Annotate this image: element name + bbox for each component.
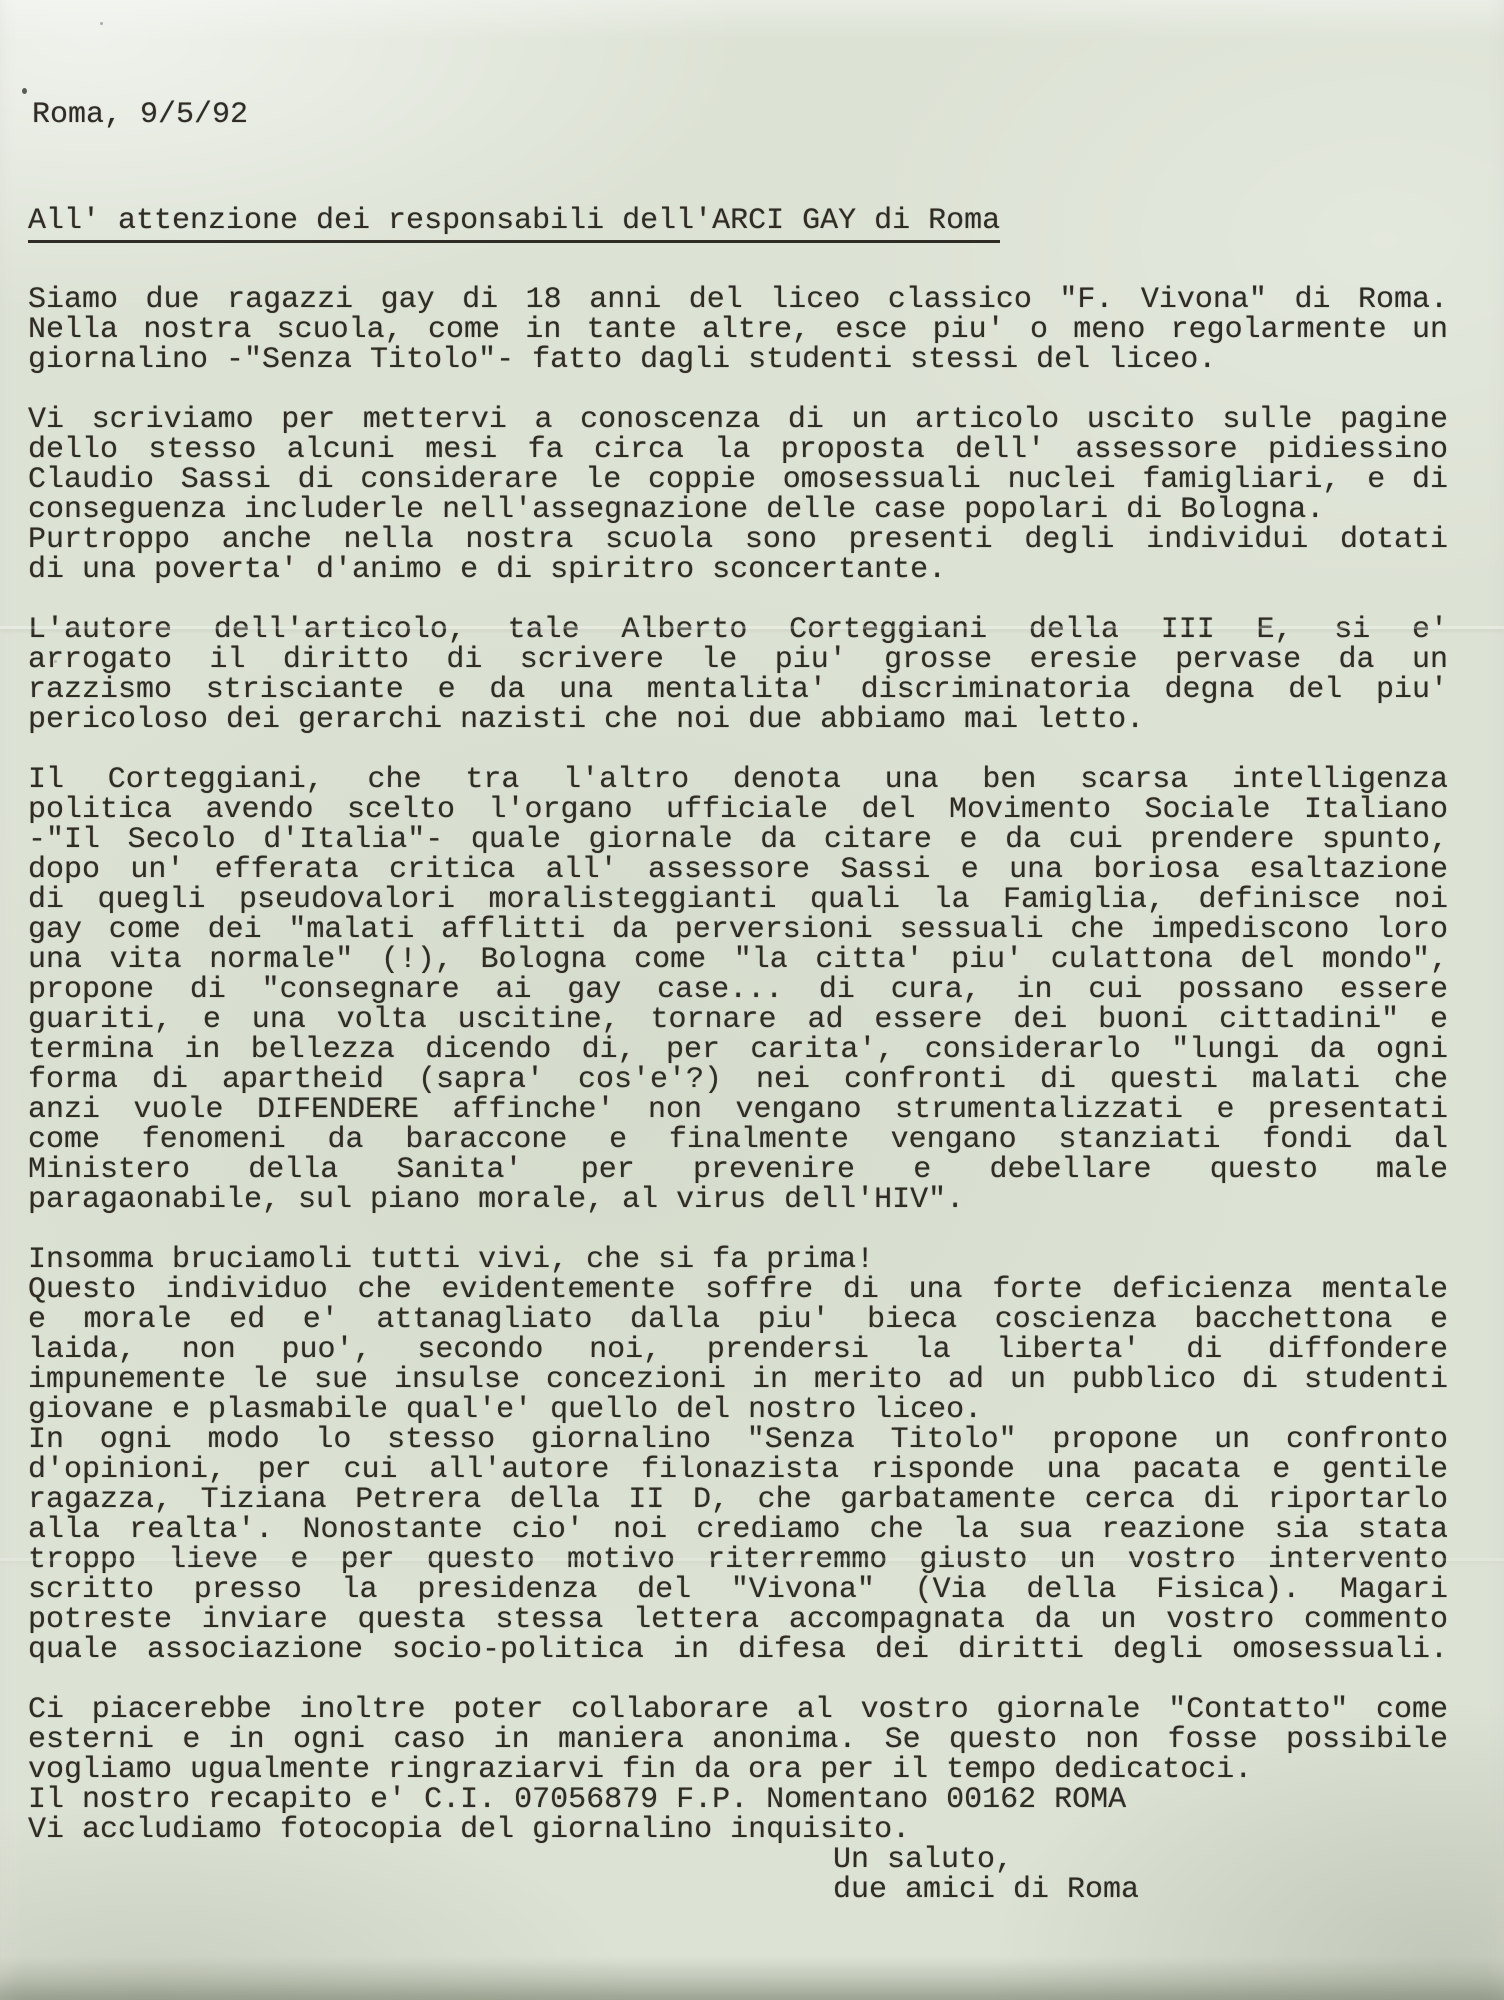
letter-line: troppo lieve e per questo motivo riterre… xyxy=(28,1545,1448,1575)
paper-speck xyxy=(100,22,103,25)
letter-line: giornalino -"Senza Titolo"- fatto dagli … xyxy=(28,345,1448,375)
letter-line: propone di "consegnare ai gay case... di… xyxy=(28,975,1448,1005)
letter-line: anzi vuole DIFENDERE affinche' non venga… xyxy=(28,1095,1448,1125)
letter-line: Ci piacerebbe inoltre poter collaborare … xyxy=(28,1695,1448,1725)
letter-line: Nella nostra scuola, come in tante altre… xyxy=(28,315,1448,345)
paragraph: Il Corteggiani, che tra l'altro denota u… xyxy=(28,765,1448,1215)
letter-line: Vi accludiamo fotocopia del giornalino i… xyxy=(28,1815,1448,1845)
letter-line: Ministero della Sanita' per prevenire e … xyxy=(28,1155,1448,1185)
letter-line: Siamo due ragazzi gay di 18 anni del lic… xyxy=(28,285,1448,315)
paragraph: Insomma bruciamoli tutti vivi, che si fa… xyxy=(28,1245,1448,1665)
letter-line: impunemente le sue insulse concezioni in… xyxy=(28,1365,1448,1395)
letter-line: vogliamo ugualmente ringraziarvi fin da … xyxy=(28,1755,1448,1785)
letter-line: In ogni modo lo stesso giornalino "Senza… xyxy=(28,1425,1448,1455)
letter-line: Purtroppo anche nella nostra scuola sono… xyxy=(28,525,1448,555)
letter-line: pericoloso dei gerarchi nazisti che noi … xyxy=(28,705,1448,735)
letter-line: arrogato il diritto di scrivere le piu' … xyxy=(28,645,1448,675)
letter-heading-text: All' attenzione dei responsabili dell'AR… xyxy=(28,206,1000,243)
letter-line: quale associazione socio-politica in dif… xyxy=(28,1635,1448,1665)
letter-line: di quegli pseudovalori moralisteggianti … xyxy=(28,885,1448,915)
letter-line: ragazza, Tiziana Petrera della II D, che… xyxy=(28,1485,1448,1515)
date-line: Roma, 9/5/92 xyxy=(32,100,1448,130)
letter-line: guariti, e una volta uscitine, tornare a… xyxy=(28,1005,1448,1035)
letter-line: politica avendo scelto l'organo ufficial… xyxy=(28,795,1448,825)
letter-line: Il Corteggiani, che tra l'altro denota u… xyxy=(28,765,1448,795)
letter-line: gay come dei "malati afflitti da pervers… xyxy=(28,915,1448,945)
letter-content: Roma, 9/5/92 All' attenzione dei respons… xyxy=(28,100,1448,1905)
letter-heading: All' attenzione dei responsabili dell'AR… xyxy=(28,206,1448,243)
paragraph: Vi scriviamo per mettervi a conoscenza d… xyxy=(28,405,1448,585)
letter-line: laida, non puo', secondo noi, prendersi … xyxy=(28,1335,1448,1365)
letter-line: dello stesso alcuni mesi fa circa la pro… xyxy=(28,435,1448,465)
paragraph: L'autore dell'articolo, tale Alberto Cor… xyxy=(28,615,1448,735)
letter-line: alla realta'. Nonostante cio' noi credia… xyxy=(28,1515,1448,1545)
letter-line: Insomma bruciamoli tutti vivi, che si fa… xyxy=(28,1245,1448,1275)
letter-line: e morale ed e' attanagliato dalla piu' b… xyxy=(28,1305,1448,1335)
letter-line: come fenomeni da baraccone e finalmente … xyxy=(28,1125,1448,1155)
letter-line: giovane e plasmabile qual'e' quello del … xyxy=(28,1395,1448,1425)
letter-line: Vi scriviamo per mettervi a conoscenza d… xyxy=(28,405,1448,435)
letter-line: -"Il Secolo d'Italia"- quale giornale da… xyxy=(28,825,1448,855)
letter-line: dopo un' efferata critica all' assessore… xyxy=(28,855,1448,885)
letter-line: forma di apartheid (sapra' cos'e'?) nei … xyxy=(28,1065,1448,1095)
letter-line: razzismo strisciante e da una mentalita'… xyxy=(28,675,1448,705)
letter-line: di una poverta' d'animo e di spiritro sc… xyxy=(28,555,1448,585)
letter-line: esterni e in ogni caso in maniera anonim… xyxy=(28,1725,1448,1755)
closing-salutation: Un saluto, xyxy=(833,1845,1448,1875)
letter-line: Questo individuo che evidentemente soffr… xyxy=(28,1275,1448,1305)
letter-body: Siamo due ragazzi gay di 18 anni del lic… xyxy=(28,285,1448,1845)
paper-speck xyxy=(22,88,27,94)
letter-closing: Un saluto, due amici di Roma xyxy=(28,1845,1448,1905)
paragraph: Ci piacerebbe inoltre poter collaborare … xyxy=(28,1695,1448,1845)
letter-line: scritto presso la presidenza del "Vivona… xyxy=(28,1575,1448,1605)
letter-line: Il nostro recapito e' C.I. 07056879 F.P.… xyxy=(28,1785,1448,1815)
letter-line: una vita normale" (!), Bologna come "la … xyxy=(28,945,1448,975)
letter-line: L'autore dell'articolo, tale Alberto Cor… xyxy=(28,615,1448,645)
paragraph: Siamo due ragazzi gay di 18 anni del lic… xyxy=(28,285,1448,375)
closing-signature: due amici di Roma xyxy=(833,1875,1448,1905)
letter-line: potreste inviare questa stessa lettera a… xyxy=(28,1605,1448,1635)
letter-line: termina in bellezza dicendo di, per cari… xyxy=(28,1035,1448,1065)
letter-page: Roma, 9/5/92 All' attenzione dei respons… xyxy=(0,0,1504,2000)
letter-line: d'opinioni, per cui all'autore filonazis… xyxy=(28,1455,1448,1485)
letter-line: conseguenza includerle nell'assegnazione… xyxy=(28,495,1448,525)
letter-line: paragaonabile, sul piano morale, al viru… xyxy=(28,1185,1448,1215)
letter-line: Claudio Sassi di considerare le coppie o… xyxy=(28,465,1448,495)
